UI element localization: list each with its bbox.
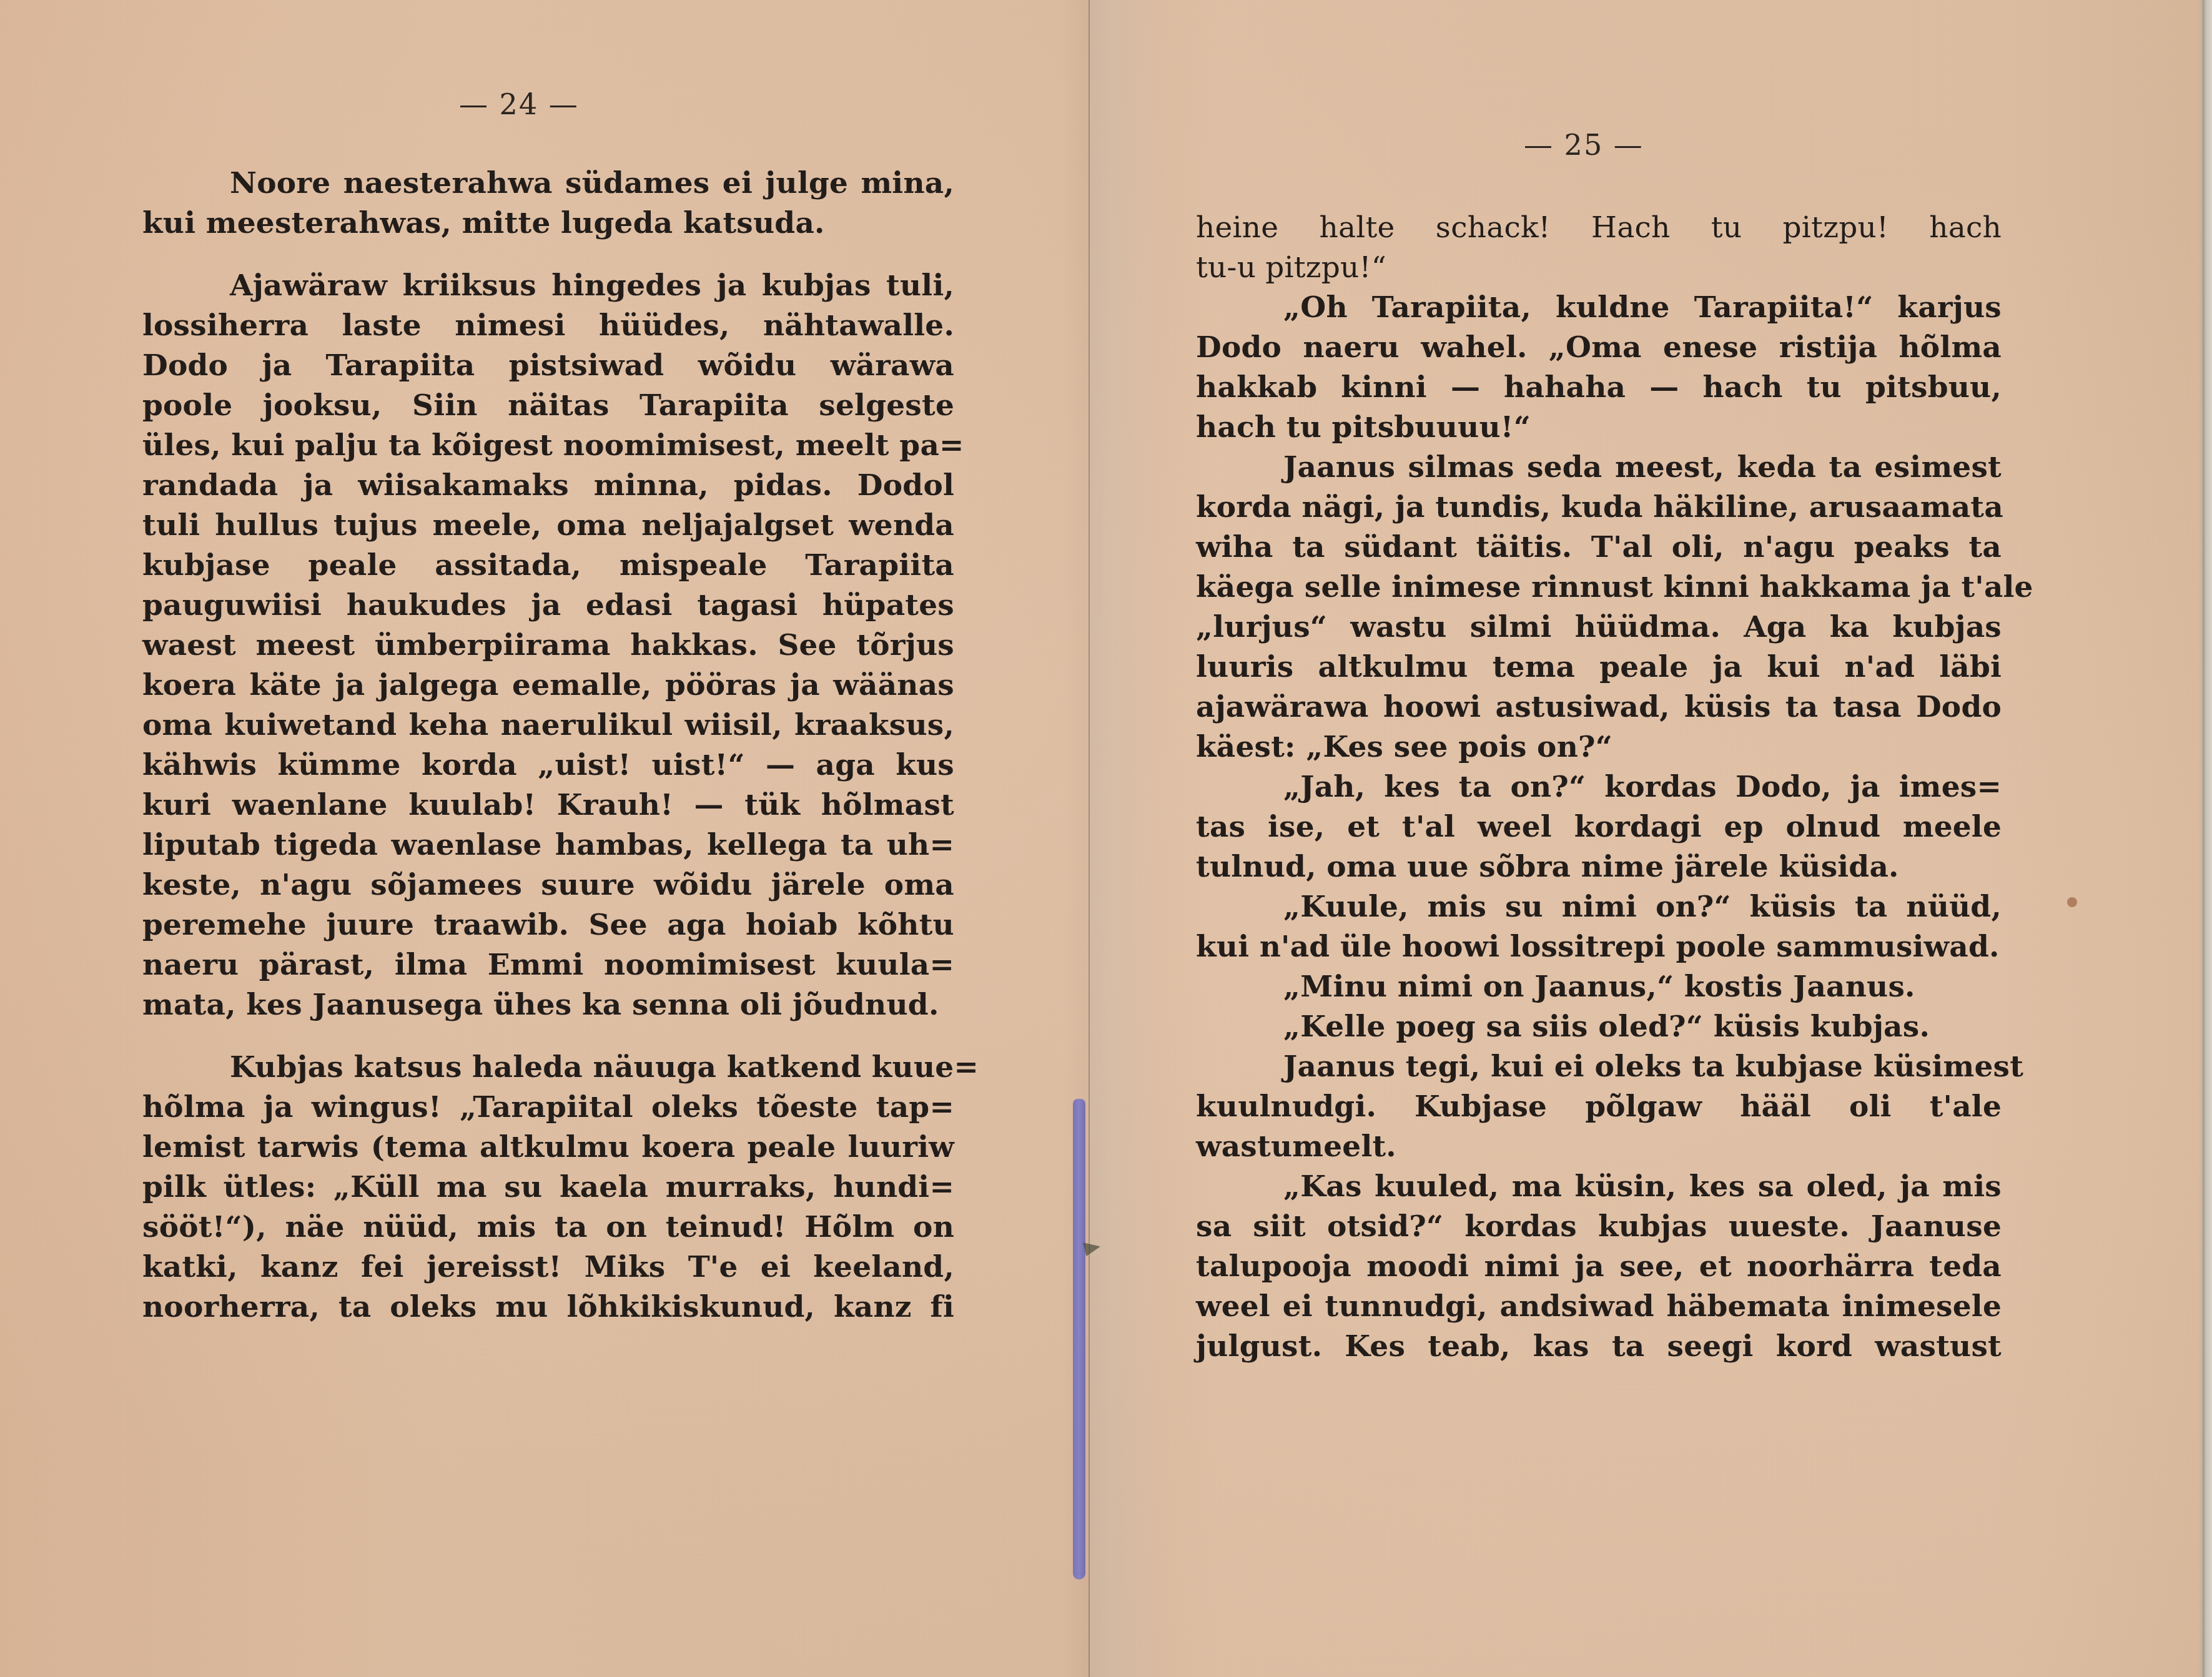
text-line: hõlma ja wingus! „Tarapiital oleks tõest… bbox=[142, 1088, 954, 1128]
text-line: tulnud, oma uue sõbra nime järele küsida… bbox=[1196, 847, 2002, 887]
paragraph: „Kelle poeg sa siis oled?“ küsis kubjas. bbox=[1196, 1007, 2002, 1047]
page-number: — 24 — bbox=[459, 87, 579, 121]
text-line: poole jooksu, Siin näitas Tarapiita selg… bbox=[142, 386, 954, 426]
text-line: waest meest ümberpiirama hakkas. See tõr… bbox=[142, 626, 954, 666]
text-line: tuli hullus tujus meele, oma neljajalgse… bbox=[142, 506, 954, 546]
text-line: julgust. Kes teab, kas ta seegi kord was… bbox=[1196, 1327, 2002, 1367]
paragraph: Ajawäraw kriiksus hingedes ja kubjas tul… bbox=[142, 266, 954, 1025]
text-line: mata, kes Jaanusega ühes ka senna oli jõ… bbox=[142, 985, 954, 1025]
text-line: kuulnudgi. Kubjase põlgaw hääl oli t'ale bbox=[1196, 1087, 2002, 1127]
text-line: Kubjas katsus haleda näuuga katkend kuue… bbox=[142, 1048, 954, 1088]
text-line: wiha ta südant täitis. T'al oli, n'agu p… bbox=[1196, 528, 2002, 568]
paragraph: heine halte schack! Hach tu pitzpu! hach… bbox=[1196, 208, 2002, 288]
paragraph: Jaanus silmas seda meest, keda ta esimes… bbox=[1196, 448, 2002, 767]
text-line: „Kuule, mis su nimi on?“ küsis ta nüüd, bbox=[1196, 887, 2002, 927]
text-line: sööt!“), näe nüüd, mis ta on teinud! Hõl… bbox=[142, 1207, 954, 1247]
paragraph: „Oh Tarapiita, kuldne Tarapiita!“ karjus… bbox=[1196, 288, 2002, 448]
text-line: keste, n'agu sõjamees suure wõidu järele… bbox=[142, 865, 954, 905]
text-line: „Minu nimi on Jaanus,“ kostis Jaanus. bbox=[1196, 967, 2002, 1007]
text-line: luuris altkulmu tema peale ja kui n'ad l… bbox=[1196, 647, 2002, 687]
text-line: Noore naesterahwa südames ei julge mina, bbox=[142, 164, 954, 204]
paragraph: Jaanus tegi, kui ei oleks ta kubjase küs… bbox=[1196, 1047, 2002, 1167]
paragraph: Kubjas katsus haleda näuuga katkend kuue… bbox=[142, 1048, 954, 1327]
text-line: hakkab kinni — hahaha — hach tu pitsbuu, bbox=[1196, 368, 2002, 408]
paragraph: „Kuule, mis su nimi on?“ küsis ta nüüd, … bbox=[1196, 887, 2002, 967]
text-line: „Kelle poeg sa siis oled?“ küsis kubjas. bbox=[1196, 1007, 2002, 1047]
text-line: „Kas kuuled, ma küsin, kes sa oled, ja m… bbox=[1196, 1167, 2002, 1207]
text-line: wastumeelt. bbox=[1196, 1127, 2002, 1167]
paragraph: „Jah, kes ta on?“ kordas Dodo, ja imes= … bbox=[1196, 767, 2002, 887]
right-page-text: heine halte schack! Hach tu pitzpu! hach… bbox=[1196, 208, 2002, 1367]
text-line: pauguwiisi haukudes ja edasi tagasi hüpa… bbox=[142, 586, 954, 626]
text-line: Dodo ja Tarapiita pistsiwad wõidu wärawa bbox=[142, 346, 954, 386]
text-line: lemist tarwis (tema altkulmu koera peale… bbox=[142, 1128, 954, 1168]
paragraph: „Kas kuuled, ma küsin, kes sa oled, ja m… bbox=[1196, 1167, 2002, 1367]
text-line: sa siit otsid?“ kordas kubjas uueste. Ja… bbox=[1196, 1207, 2002, 1247]
text-line: oma kuiwetand keha naerulikul wiisil, kr… bbox=[142, 706, 954, 745]
paragraph: „Minu nimi on Jaanus,“ kostis Jaanus. bbox=[1196, 967, 2002, 1007]
left-page: — 24 — Noore naesterahwa südames ei julg… bbox=[0, 0, 1090, 1677]
text-line: korda nägi, ja tundis, kuda häkiline, ar… bbox=[1196, 488, 2002, 528]
text-line: heine halte schack! Hach tu pitzpu! hach bbox=[1196, 208, 2002, 248]
text-line: kuri waenlane kuulab! Krauh! — tük hõlma… bbox=[142, 785, 954, 825]
text-line: kubjase peale assitada, mispeale Tarapii… bbox=[142, 546, 954, 586]
text-line: talupooja moodi nimi ja see, et noorhärr… bbox=[1196, 1247, 2002, 1287]
right-page: — 25 — heine halte schack! Hach tu pitzp… bbox=[1090, 0, 2208, 1677]
text-line: tas ise, et t'al weel kordagi ep olnud m… bbox=[1196, 807, 2002, 847]
text-line: lossiherra laste nimesi hüüdes, nähtawal… bbox=[142, 306, 954, 346]
text-line: pilk ütles: „Küll ma su kaela murraks, h… bbox=[142, 1168, 954, 1207]
text-line: liputab tigeda waenlase hambas, kellega … bbox=[142, 825, 954, 865]
text-line: kähwis kümme korda „uist! uist!“ — aga k… bbox=[142, 745, 954, 785]
text-line: Dodo naeru wahel. „Oma enese ristija hõl… bbox=[1196, 328, 2002, 368]
text-line: koera käte ja jalgega eemalle, pööras ja… bbox=[142, 666, 954, 706]
left-page-text: Noore naesterahwa südames ei julge mina,… bbox=[142, 164, 954, 1327]
text-line: tu-u pitzpu!“ bbox=[1196, 248, 2002, 288]
text-line: üles, kui palju ta kõigest noomimisest, … bbox=[142, 426, 954, 466]
text-line: kui n'ad üle hoowi lossitrepi poole samm… bbox=[1196, 927, 2002, 967]
text-line: weel ei tunnudgi, andsiwad häbemata inim… bbox=[1196, 1287, 2002, 1327]
text-line: noorherra, ta oleks mu lõhkikiskunud, ka… bbox=[142, 1287, 954, 1327]
text-line: randada ja wiisakamaks minna, pidas. Dod… bbox=[142, 466, 954, 506]
text-line: katki, kanz fei jereisst! Miks T'e ei ke… bbox=[142, 1247, 954, 1287]
paragraph: Noore naesterahwa südames ei julge mina,… bbox=[142, 164, 954, 243]
text-line: Jaanus silmas seda meest, keda ta esimes… bbox=[1196, 448, 2002, 488]
text-line: Jaanus tegi, kui ei oleks ta kubjase küs… bbox=[1196, 1047, 2002, 1087]
text-line: ajawärawa hoowi astusiwad, küsis ta tasa… bbox=[1196, 687, 2002, 727]
text-line: hach tu pitsbuuuu!“ bbox=[1196, 408, 2002, 448]
text-line: „Oh Tarapiita, kuldne Tarapiita!“ karjus bbox=[1196, 288, 2002, 328]
text-line: käega selle inimese rinnust kinni hakkam… bbox=[1196, 568, 2002, 607]
text-line: naeru pärast, ilma Emmi noomimisest kuul… bbox=[142, 945, 954, 985]
text-line: Ajawäraw kriiksus hingedes ja kubjas tul… bbox=[142, 266, 954, 306]
text-line: peremehe juure traawib. See aga hoiab kõ… bbox=[142, 905, 954, 945]
text-line: käest: „Kes see pois on?“ bbox=[1196, 727, 2002, 767]
page-number: — 25 — bbox=[1524, 128, 1644, 162]
text-line: „lurjus“ wastu silmi hüüdma. Aga ka kubj… bbox=[1196, 607, 2002, 647]
text-line: kui meesterahwas, mitte lugeda katsuda. bbox=[142, 204, 954, 243]
text-line: „Jah, kes ta on?“ kordas Dodo, ja imes= bbox=[1196, 767, 2002, 807]
